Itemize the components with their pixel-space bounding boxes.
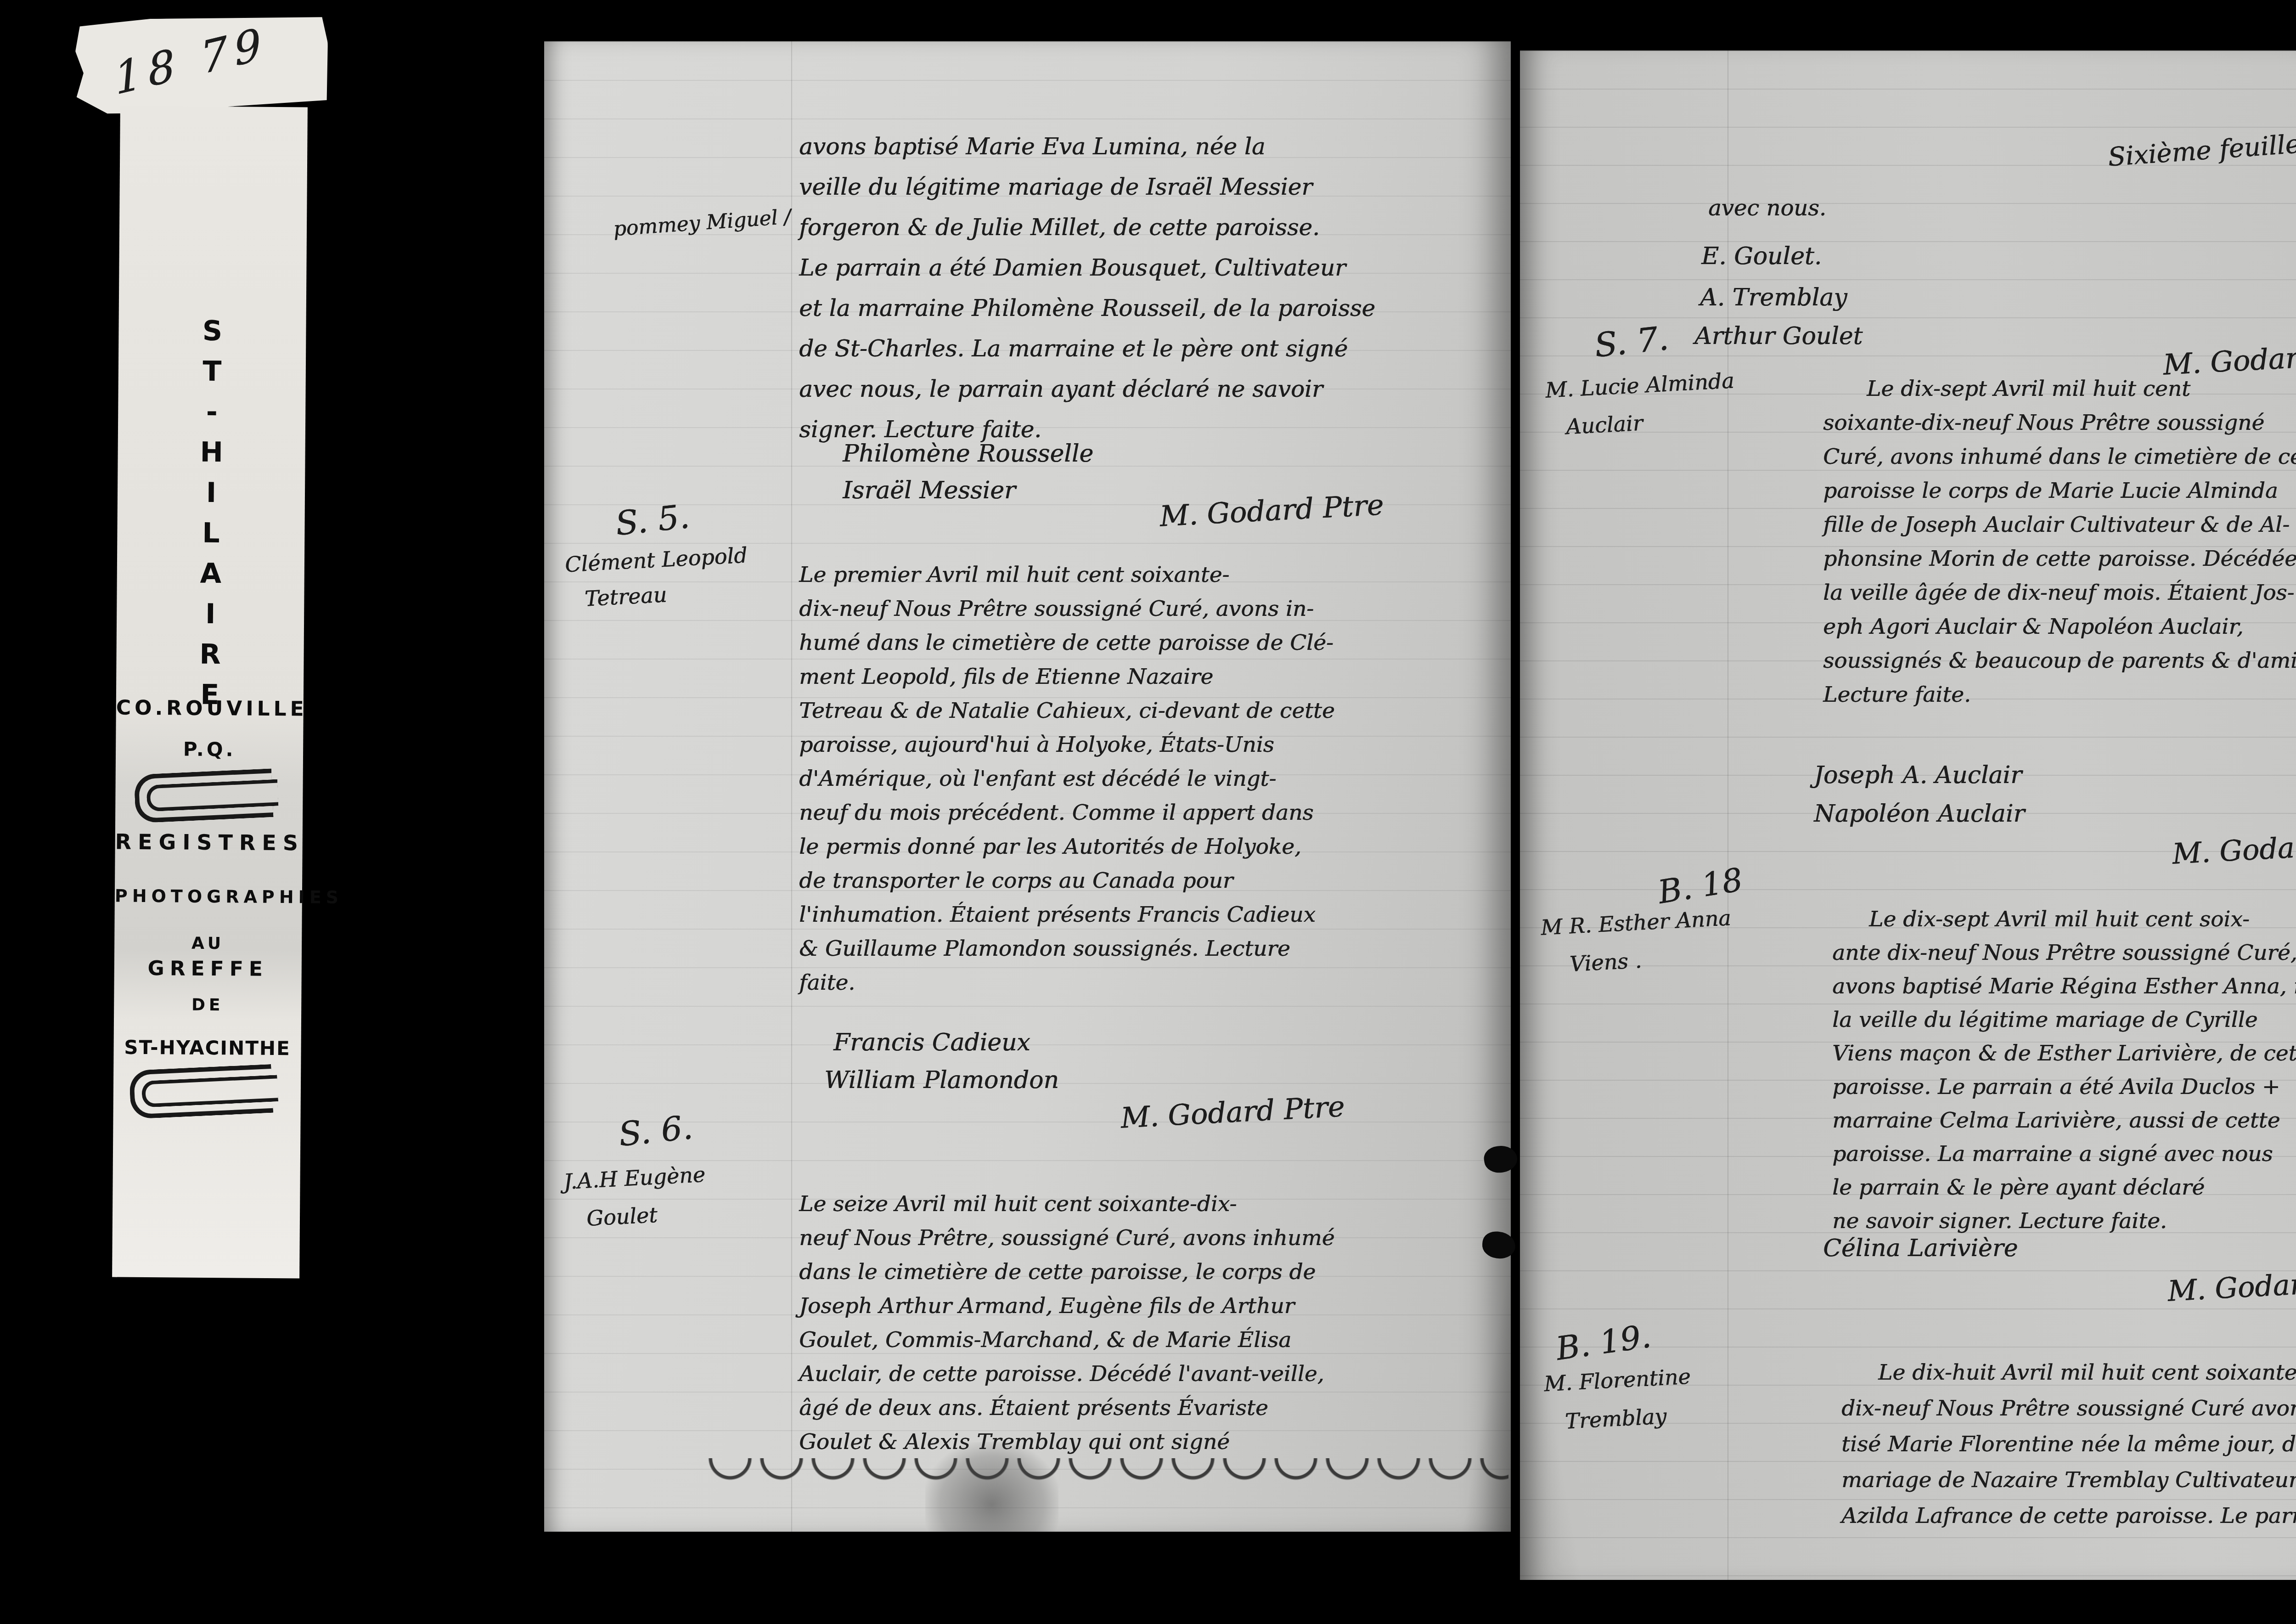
entry-line: d'Amérique, où l'enfant est décédé le vi… — [799, 762, 1474, 796]
entry-line: de St-Charles. La marraine et le père on… — [799, 328, 1474, 369]
year-tag: 18 79 — [74, 14, 329, 116]
entry-line: tisé Marie Florentine née la même jour, … — [1841, 1427, 2296, 1462]
entry-line: paroisse le corps de Marie Lucie Alminda — [1823, 474, 2296, 508]
smudge — [925, 1442, 1058, 1532]
entry-line: ne savoir signer. Lecture faite. — [1832, 1204, 2296, 1238]
entry-baptism-continuation: avons baptisé Marie Eva Lumina, née la v… — [799, 126, 1474, 450]
margin-name: M R. Esther Anna — [1540, 905, 1732, 940]
signature: Joseph A. Auclair — [1814, 761, 2022, 789]
signature: Philomène Rousselle — [843, 440, 1093, 468]
entry-s6: Le seize Avril mil huit cent soixante-di… — [799, 1187, 1479, 1459]
entry-line: le permis donné par les Autorités de Hol… — [799, 830, 1474, 864]
priest-signature: M. Godard Ptre — [1120, 1089, 1345, 1134]
archive-label-strip: S T - H I L A I R E CO.ROUVILLE P.Q. REG… — [112, 106, 308, 1279]
entry-line: paroisse. Le parrain a été Avila Duclos … — [1832, 1070, 2296, 1104]
signature: E. Goulet. — [1701, 242, 1822, 270]
entry-line: paroisse. La marraine a signé avec nous — [1832, 1137, 2296, 1171]
signature: William Plamondon — [824, 1066, 1059, 1094]
margin-reference: B. 18 — [1655, 861, 1745, 911]
entry-line: neuf du mois précédent. Comme il appert … — [799, 796, 1474, 830]
flourish — [705, 1458, 1508, 1490]
signature: Israël Messier — [843, 477, 1016, 504]
entry-b19: Le dix-huit Avril mil huit cent soixante… — [1841, 1355, 2296, 1534]
entry-line: dix-neuf Nous Prêtre soussigné Curé avon… — [1841, 1391, 2296, 1427]
entry-line: & Guillaume Plamondon soussignés. Lectur… — [799, 932, 1474, 966]
margin-rule — [791, 41, 792, 1532]
entry-line: dix-neuf Nous Prêtre soussigné Curé, avo… — [799, 592, 1474, 626]
continuation-line: avec nous. — [1708, 195, 1826, 221]
entry-line: paroisse, aujourd'hui à Holyoke, États-U… — [799, 728, 1474, 762]
microfilm-scan: 18 79 S T - H I L A I R E CO.ROUVILLE P.… — [0, 0, 2296, 1624]
margin-name: Clément Leopold — [564, 543, 748, 577]
entry-line: Azilda Lafrance de cette paroisse. Le pa… — [1841, 1498, 2296, 1534]
photographies-label: PHOTOGRAPHIES — [115, 886, 302, 908]
entry-line: forgeron & de Julie Millet, de cette par… — [799, 207, 1474, 248]
entry-line: ante dix-neuf Nous Prêtre soussigné Curé… — [1832, 936, 2296, 970]
entry-line: Viens maçon & de Esther Larivière, de ce… — [1832, 1037, 2296, 1070]
year-label: 18 79 — [112, 17, 270, 105]
entry-line: faite. — [799, 966, 1474, 1000]
entry-line: Le dix-huit Avril mil huit cent soixante… — [1841, 1355, 2296, 1391]
entry-line: Le parrain a été Damien Bousquet, Cultiv… — [799, 248, 1474, 288]
margin-reference: S. 5. — [613, 497, 691, 543]
entry-line: Goulet, Commis-Marchand, & de Marie Élis… — [799, 1323, 1479, 1357]
margin-name: Goulet — [586, 1202, 658, 1231]
margin-name: Viens . — [1569, 948, 1642, 976]
page-header: Sixième feuillet — [2107, 129, 2296, 173]
entry-b18: Le dix-sept Avril mil huit cent soix- an… — [1832, 902, 2296, 1238]
priest-signature: M. Godard Ptre — [2171, 825, 2296, 870]
margin-name: M. Lucie Alminda — [1545, 368, 1735, 402]
entry-line: âgé de deux ans. Étaient présents Évaris… — [799, 1391, 1479, 1425]
priest-signature: M. Godard Ptre — [1159, 488, 1384, 533]
entry-line: la veille du légitime mariage de Cyrille — [1832, 1003, 2296, 1037]
county-label: CO.ROUVILLE — [116, 696, 304, 721]
entry-line: Tetreau & de Natalie Cahieux, ci-devant … — [799, 694, 1474, 728]
entry-line: ment Leopold, fils de Etienne Nazaire — [799, 660, 1474, 694]
entry-line: veille du légitime mariage de Israël Mes… — [799, 167, 1474, 207]
entry-line: neuf Nous Prêtre, soussigné Curé, avons … — [799, 1221, 1479, 1255]
entry-s7: Le dix-sept Avril mil huit cent soixante… — [1823, 372, 2296, 712]
entry-line: Joseph Arthur Armand, Eugène fils de Art… — [799, 1289, 1479, 1323]
margin-rule — [1728, 51, 1728, 1580]
registres-label: REGISTRES — [115, 829, 303, 856]
entry-line: avec nous, le parrain ayant déclaré ne s… — [799, 369, 1474, 409]
margin-reference: S. 7. — [1593, 319, 1670, 365]
entry-line: avons baptisé Marie Régina Esther Anna, … — [1832, 970, 2296, 1003]
entry-line: fille de Joseph Auclair Cultivateur & de… — [1823, 508, 2296, 542]
entry-line: Lecture faite. — [1823, 678, 2296, 712]
margin-reference: S. 6. — [617, 1108, 694, 1154]
entry-line: phonsine Morin de cette paroisse. Décédé… — [1823, 542, 2296, 576]
entry-line: Le seize Avril mil huit cent soixante-di… — [799, 1187, 1479, 1221]
margin-name: M. Florentine — [1543, 1364, 1691, 1397]
entry-line: Curé, avons inhumé dans le cimetière de … — [1823, 440, 2296, 474]
margin-name: Tremblay — [1564, 1404, 1667, 1433]
au-label: AU — [114, 934, 302, 954]
entry-line: de transporter le corps au Canada pour — [799, 864, 1474, 898]
entry-line: le parrain & le père ayant déclaré — [1832, 1171, 2296, 1204]
margin-annotation: pommey Miguel / — [613, 205, 792, 241]
entry-line: Auclair, de cette paroisse. Décédé l'ava… — [799, 1357, 1479, 1391]
margin-name: Tetreau — [584, 582, 668, 611]
signature: Francis Cadieux — [833, 1029, 1030, 1056]
register-page-right: Sixième feuillet avec nous. E. Goulet. A… — [1520, 51, 2296, 1580]
entry-s5: Le premier Avril mil huit cent soixante-… — [799, 558, 1474, 1000]
paper-clip-bottom — [129, 1064, 273, 1119]
vertical-parish-name: S T - H I L A I R E — [116, 310, 306, 716]
entry-line: l'inhumation. Étaient présents Francis C… — [799, 898, 1474, 932]
entry-line: et la marraine Philomène Rousseil, de la… — [799, 288, 1474, 328]
entry-line: Le dix-sept Avril mil huit cent soix- — [1832, 902, 2296, 936]
entry-line: marraine Celma Larivière, aussi de cette — [1832, 1104, 2296, 1137]
entry-line: Goulet & Alexis Tremblay qui ont signé — [799, 1425, 1479, 1459]
de-label: DE — [114, 995, 301, 1015]
margin-reference: B. 19. — [1553, 1317, 1653, 1368]
entry-line: Le premier Avril mil huit cent soixante- — [799, 558, 1474, 592]
st-hyacinthe-label: ST-HYACINTHE — [113, 1036, 301, 1060]
province-label: P.Q. — [116, 738, 303, 761]
entry-line: mariage de Nazaire Tremblay Cultivateur … — [1841, 1462, 2296, 1498]
priest-signature: M. Godard Ptre — [2167, 1263, 2296, 1308]
signature: Napoléon Auclair — [1814, 800, 2025, 828]
entry-line: avons baptisé Marie Eva Lumina, née la — [799, 126, 1474, 167]
entry-line: soixante-dix-neuf Nous Prêtre soussigné — [1823, 406, 2296, 440]
signature: A. Tremblay — [1700, 284, 1847, 311]
register-page-left: pommey Miguel / avons baptisé Marie Eva … — [544, 41, 1511, 1532]
signature: Arthur Goulet — [1694, 322, 1863, 350]
signature: Célina Larivière — [1823, 1235, 2018, 1262]
entry-line: la veille âgée de dix-neuf mois. Étaient… — [1823, 576, 2296, 610]
entry-line: humé dans le cimetière de cette paroisse… — [799, 626, 1474, 660]
entry-line: dans le cimetière de cette paroisse, le … — [799, 1255, 1479, 1289]
margin-name: J.A.H Eugène — [563, 1162, 706, 1194]
entry-line: soussignés & beaucoup de parents & d'ami… — [1823, 644, 2296, 678]
margin-name: Auclair — [1565, 411, 1643, 440]
paper-clip-top — [134, 768, 273, 823]
entry-line: eph Agori Auclair & Napoléon Auclair, — [1823, 610, 2296, 644]
entry-line: Le dix-sept Avril mil huit cent — [1823, 372, 2296, 406]
greffe-label: GREFFE — [114, 957, 302, 981]
